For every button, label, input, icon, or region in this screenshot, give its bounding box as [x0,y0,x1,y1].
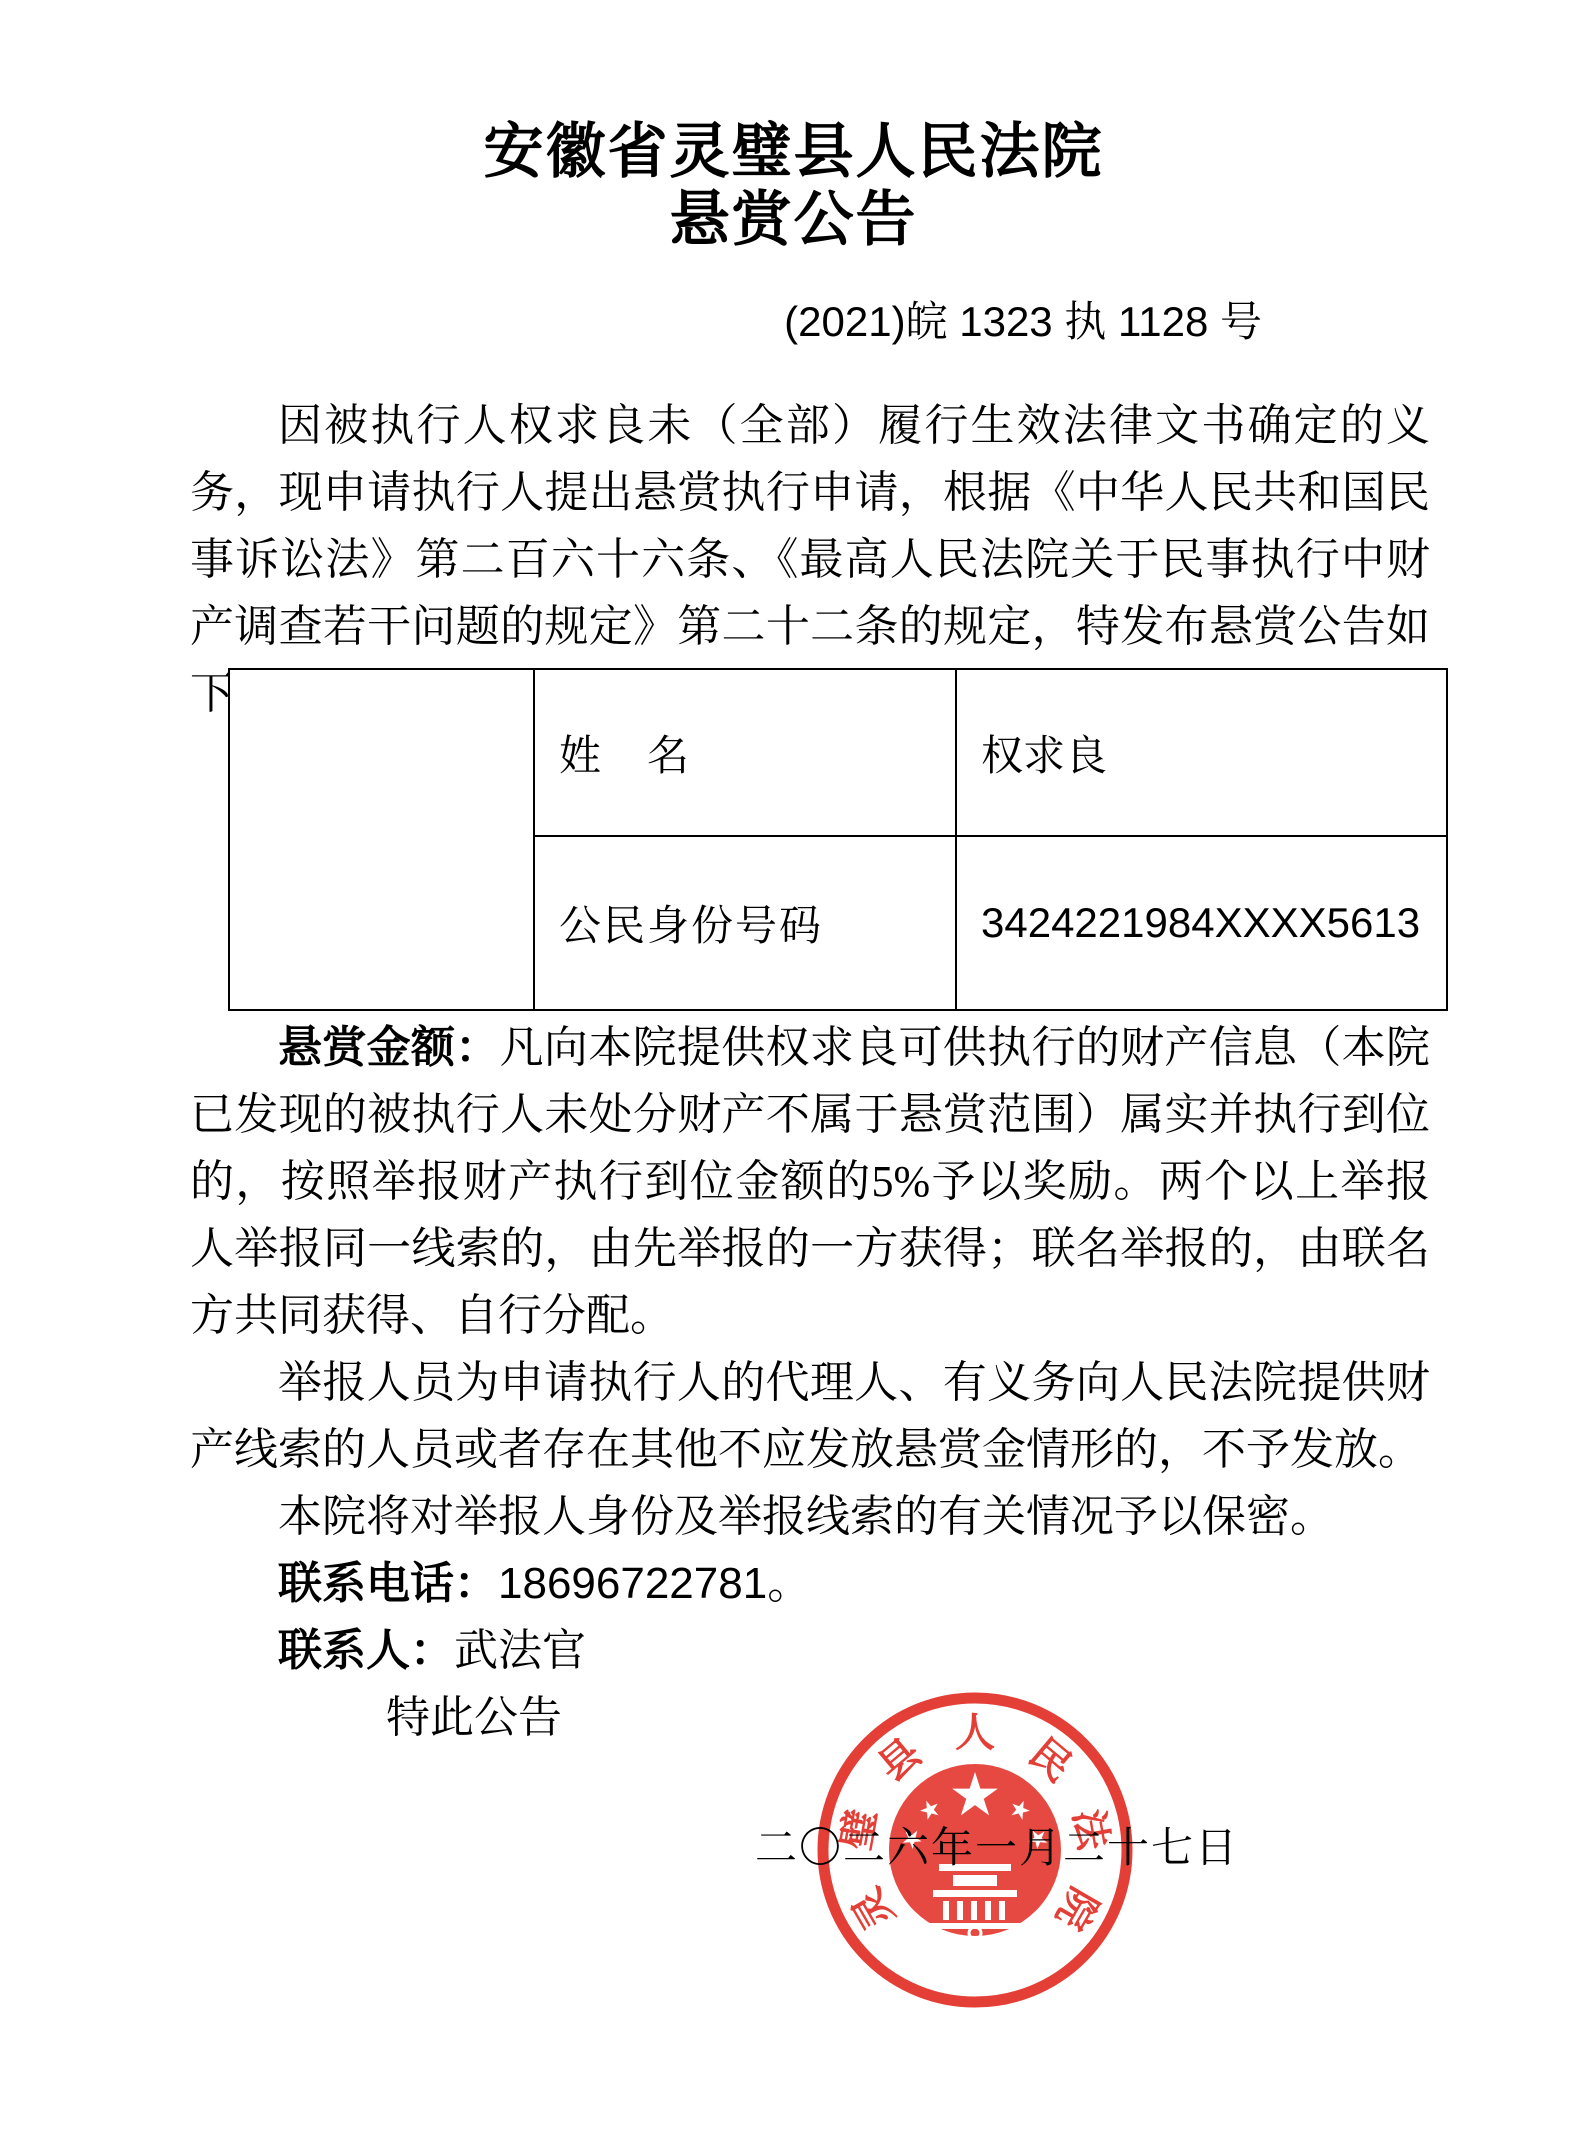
contact-line: 联系人：武法官 [190,1617,1430,1684]
reward-label: 悬赏金额： [278,1023,500,1072]
issue-date: 二〇二六年一月二十七日 [755,1823,1355,1875]
id-label-cell: 公民身份号码 [534,836,956,1010]
name-value-cell: 权求良 [956,669,1447,836]
disqualification-paragraph: 举报人员为申请执行人的代理人、有义务向人民法院提供财产线索的人员或者存在其他不应… [190,1349,1430,1483]
contact-label: 联系人： [278,1626,454,1675]
table-row-name: 姓 名 权求良 [229,669,1447,836]
name-label-cell: 姓 名 [534,669,956,836]
announcement-page: 安徽省灵璧县人民法院 悬赏公告 (2021)皖 1323 执 1128 号 因被… [0,0,1587,2145]
doc-title: 悬赏公告 [0,186,1587,254]
case-number: (2021)皖 1323 执 1128 号 [0,298,1262,346]
phone-line: 联系电话：18696722781。 [190,1550,1430,1617]
svg-text:人: 人 [955,1710,995,1755]
court-title: 安徽省灵璧县人民法院 [0,118,1587,186]
phone-label: 联系电话： [278,1559,498,1608]
subject-table: 姓 名 权求良 公民身份号码 3424221984XXXX5613 [228,668,1448,1011]
svg-text:灵: 灵 [844,1880,903,1937]
id-value-cell: 3424221984XXXX5613 [956,836,1447,1010]
phone-number: 18696722781 [498,1559,767,1608]
phone-period: 。 [767,1559,811,1608]
contact-name: 武法官 [454,1626,586,1675]
confidentiality-paragraph: 本院将对举报人身份及举报线索的有关情况予以保密。 [190,1483,1430,1550]
reward-paragraph: 悬赏金额：凡向本院提供权求良可供执行的财产信息（本院已发现的被执行人未处分财产不… [190,1014,1430,1349]
svg-text:院: 院 [1047,1880,1106,1937]
photo-cell [229,669,534,1010]
